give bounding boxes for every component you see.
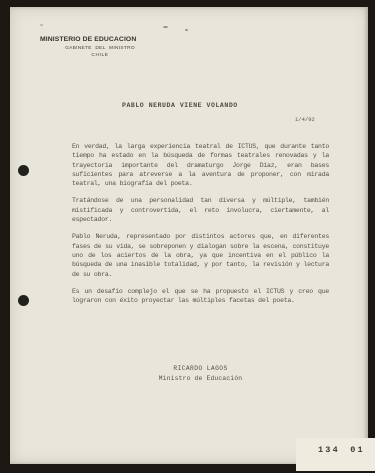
hole-punch-top — [18, 165, 29, 176]
document-page: MINISTERIO DE EDUCACION GABINETE DEL MIN… — [10, 7, 368, 464]
scan-speck — [40, 24, 43, 26]
scan-speck — [163, 26, 168, 28]
document-body: En verdad, la larga experiencia teatral … — [72, 142, 329, 313]
document-date: 1/4/92 — [295, 116, 315, 123]
ministry-name: MINISTERIO DE EDUCACION — [40, 36, 160, 43]
page-number-stamp: 134 01 — [318, 445, 365, 455]
signature-name: RICARDO LAGOS — [72, 365, 329, 372]
letterhead: MINISTERIO DE EDUCACION GABINETE DEL MIN… — [40, 36, 160, 58]
paragraph: Tratándose de una personalidad tan diver… — [72, 196, 329, 224]
paragraph: En verdad, la larga experiencia teatral … — [72, 142, 329, 188]
scan-speck — [185, 29, 188, 31]
hole-punch-bottom — [18, 295, 29, 306]
signature-role: Ministro de Educación — [72, 375, 329, 382]
cabinet-line: GABINETE DEL MINISTRO — [40, 46, 160, 51]
signature-block: RICARDO LAGOS Ministro de Educación — [72, 365, 329, 382]
paragraph: Es un desafío complejo el que se ha prop… — [72, 287, 329, 306]
document-title: PABLO NERUDA VIENE VOLANDO — [122, 102, 238, 109]
paragraph: Pablo Neruda, representado por distintos… — [72, 232, 329, 278]
scanned-document-frame: MINISTERIO DE EDUCACION GABINETE DEL MIN… — [0, 0, 375, 473]
country-line: CHILE — [40, 53, 160, 58]
